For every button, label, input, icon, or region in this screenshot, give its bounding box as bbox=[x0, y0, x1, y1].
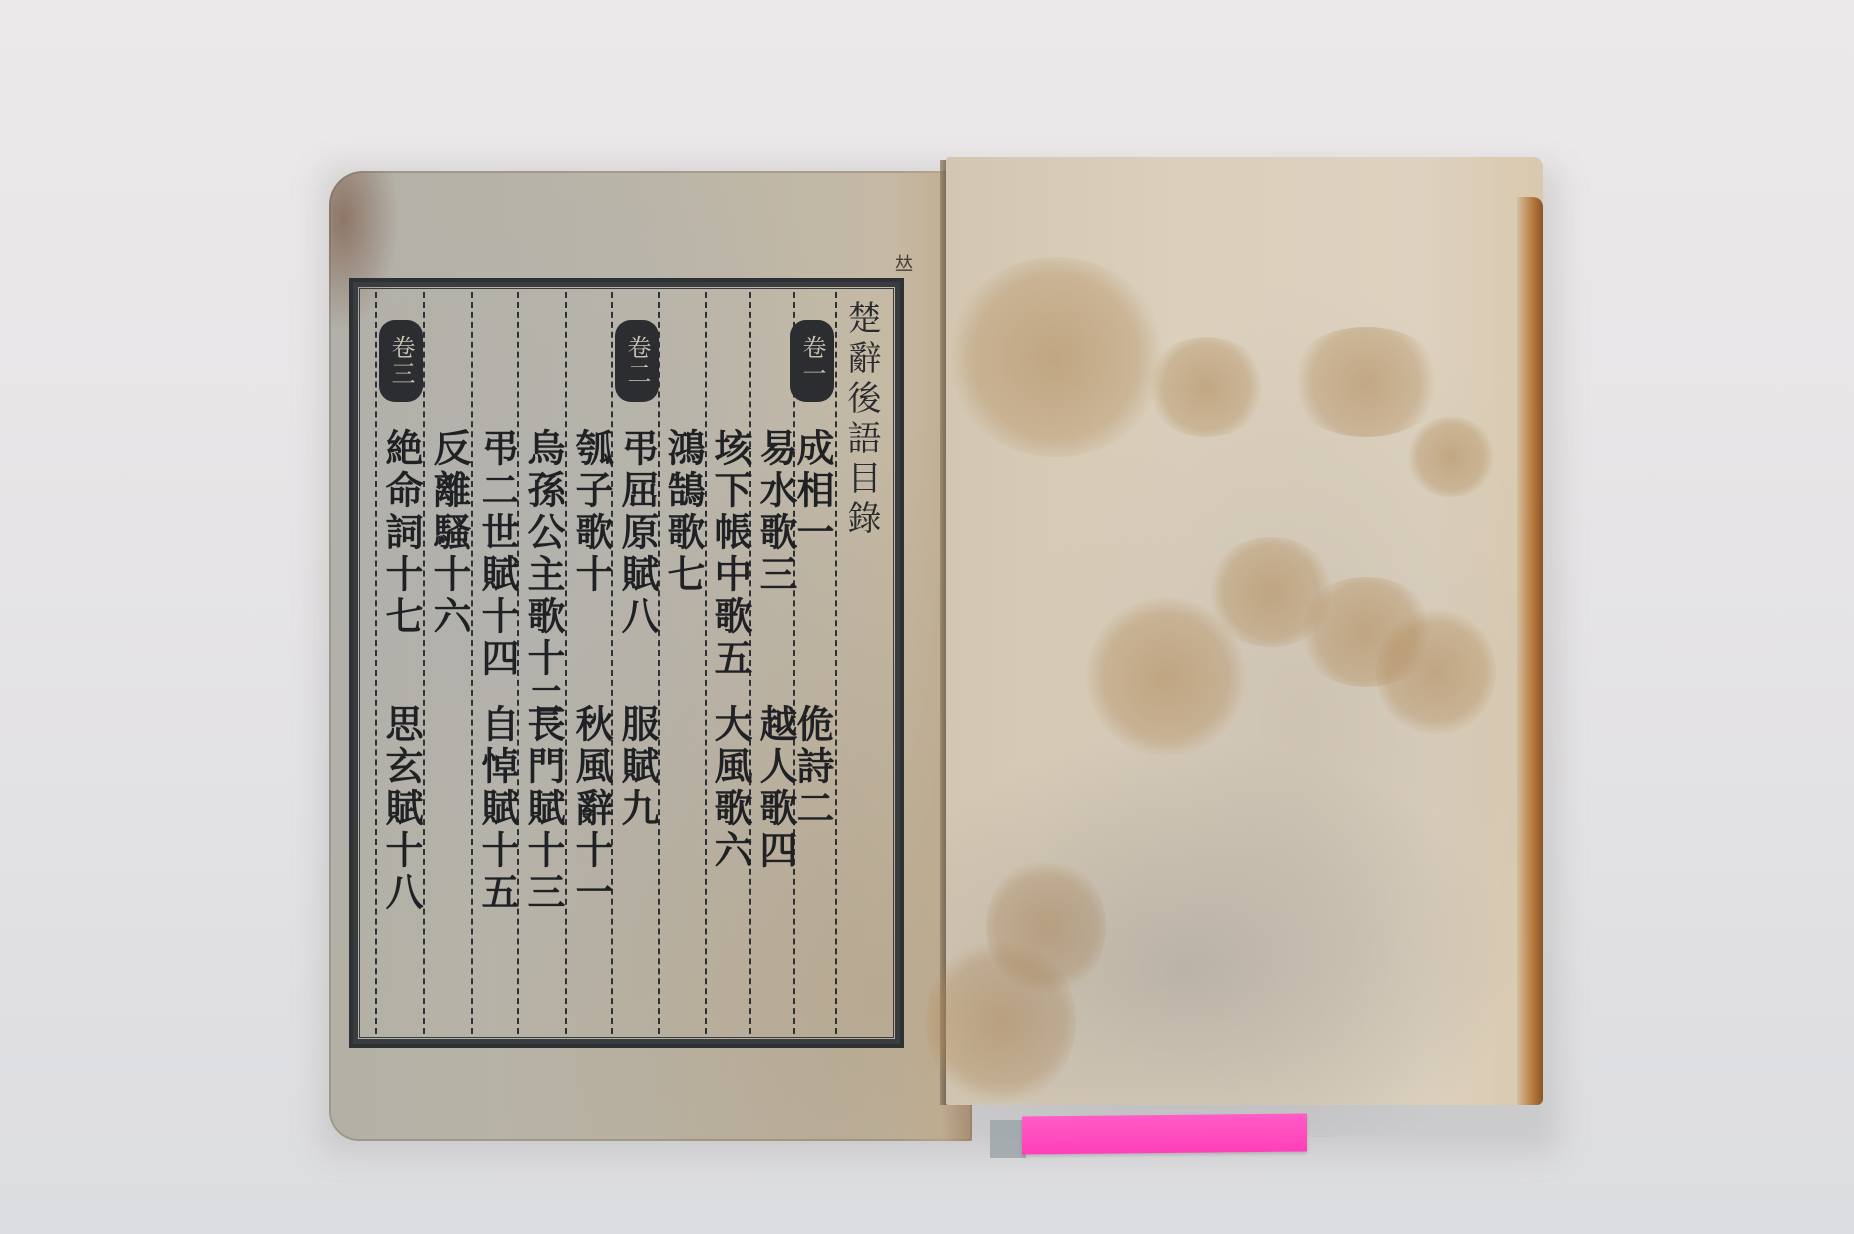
cast-shadow bbox=[946, 717, 1543, 1137]
volume-marker-1: 卷一 bbox=[790, 320, 834, 402]
toc-entry: 絶命詞十七 bbox=[379, 428, 423, 638]
column-divider bbox=[658, 292, 660, 1034]
toc-entry: 秋風辭十一 bbox=[569, 704, 613, 914]
toc-entry: 長門賦十三 bbox=[521, 704, 565, 914]
toc-entry: 思玄賦十八 bbox=[379, 704, 423, 914]
pink-sticky-tab: illegible handwriting bbox=[1022, 1114, 1307, 1155]
toc-entry: 垓下帳中歌五 bbox=[708, 428, 752, 680]
toc-entry: 大風歌六 bbox=[708, 704, 752, 872]
toc-entry: 服賦九 bbox=[615, 704, 659, 830]
column-divider bbox=[835, 292, 837, 1034]
toc-entry: 自悼賦十五 bbox=[475, 704, 519, 914]
water-stain bbox=[1286, 327, 1446, 437]
column-divider bbox=[471, 292, 473, 1034]
toc-entry: 鴻鵠歌七 bbox=[661, 428, 705, 596]
printed-frame: 楚辭後語目錄 卷一 成相一 佹詩二 易水歌三 越人歌四 垓下帳中歌五 大風歌六 … bbox=[349, 278, 904, 1048]
column-divider bbox=[611, 292, 613, 1034]
right-page-blank bbox=[946, 157, 1543, 1105]
toc-entry: 弔二世賦十四 bbox=[475, 428, 519, 680]
column-divider bbox=[793, 292, 795, 1034]
margin-mark: 𠀤 bbox=[895, 250, 913, 276]
column-divider bbox=[375, 292, 377, 1034]
tape-strip bbox=[990, 1120, 1026, 1158]
toc-title: 楚辭後語目錄 bbox=[839, 300, 883, 540]
photo-scene: 楚辭後語目錄 卷一 成相一 佹詩二 易水歌三 越人歌四 垓下帳中歌五 大風歌六 … bbox=[0, 0, 1854, 1234]
column-divider bbox=[705, 292, 707, 1034]
toc-entry: 瓠子歌十 bbox=[569, 428, 613, 596]
water-stain bbox=[1406, 417, 1496, 497]
column-divider bbox=[423, 292, 425, 1034]
page-edge-discoloration bbox=[1517, 197, 1543, 1105]
volume-marker-2: 卷二 bbox=[615, 320, 659, 402]
volume-marker-3: 卷三 bbox=[379, 320, 423, 402]
toc-entry: 烏孫公主歌十二 bbox=[521, 428, 565, 722]
water-stain bbox=[1146, 337, 1266, 437]
toc-entry: 反離騷十六 bbox=[427, 428, 471, 638]
toc-entry: 越人歌四 bbox=[753, 704, 797, 872]
water-stain bbox=[946, 257, 1166, 457]
toc-entry: 弔屈原賦八 bbox=[615, 428, 659, 638]
toc-entry: 易水歌三 bbox=[753, 428, 797, 596]
